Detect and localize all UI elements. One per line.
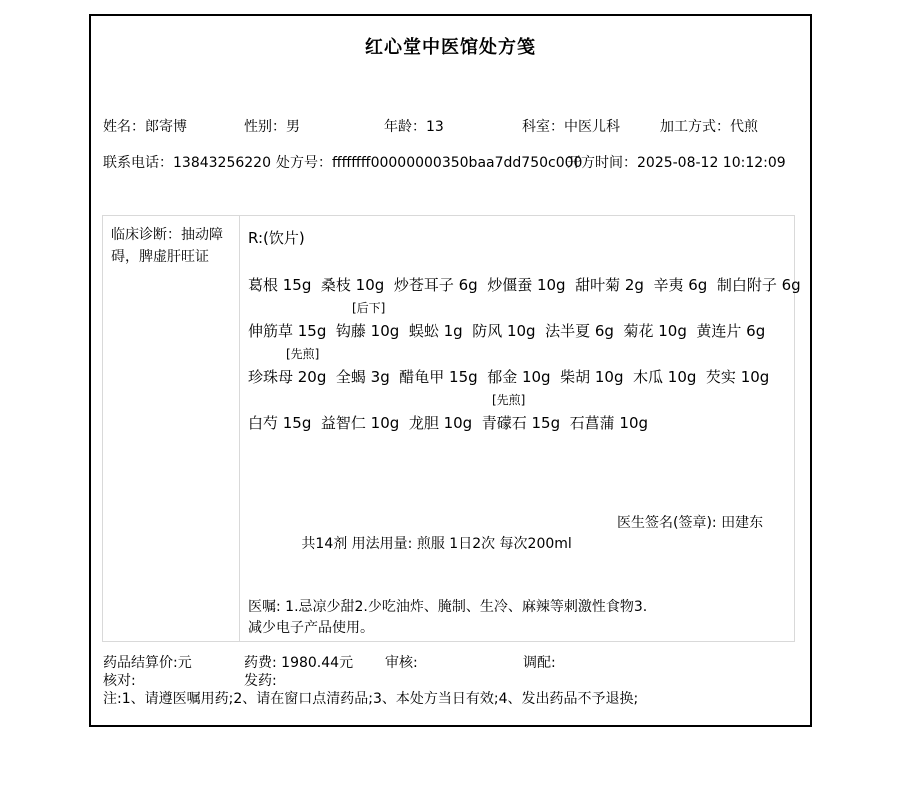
decoction-annotation: [后下] [248, 297, 790, 320]
field-age: 年龄：13 [384, 116, 444, 136]
issue-time-value: 2025-08-12 10:12:09 [637, 155, 786, 171]
field-phone: 联系电话：13843256220 [103, 152, 271, 172]
page-title: 红心堂中医馆处方笺 [91, 33, 810, 59]
processing-method-value: 代煎 [730, 119, 758, 135]
dispense-label: 调配: [523, 655, 556, 671]
herb-lines: 葛根 15g 桑枝 10g 炒苍耳子 6g 炒僵蚕 10g 甜叶菊 2g 辛夷 … [248, 274, 790, 435]
settlement-price-unit: 元 [178, 655, 192, 671]
usage-row: 共14剂 用法用量: 煎服 1日2次 每次200ml 医生签名(签章): 田建东 [248, 513, 788, 597]
decoction-annotation: [先煎] [248, 389, 790, 412]
age-value: 13 [426, 119, 444, 135]
issue-medicine-label: 发药: [244, 673, 277, 689]
settlement-price-label: 药品结算价: [103, 655, 178, 671]
prescription-number-label: 处方号： [276, 155, 332, 171]
processing-method-label: 加工方式： [660, 119, 730, 135]
gender-value: 男 [286, 119, 300, 135]
prescription-number-value: ffffffff00000000350baa7dd750c000 [332, 155, 582, 171]
page: 红心堂中医馆处方笺 姓名：郎寄博 性别：男 年龄：13 科室：中医儿科 加工方式… [0, 0, 900, 800]
department-value: 中医儿科 [564, 119, 620, 135]
gender-label: 性别： [244, 119, 286, 135]
field-department: 科室：中医儿科 [522, 116, 620, 136]
diagnosis-label: 临床诊断： [111, 227, 181, 243]
herb-line: 伸筋草 15g 钩藤 10g 蜈蚣 1g 防风 10g 法半夏 6g 菊花 10… [248, 320, 790, 343]
field-dispense: 调配: [523, 652, 556, 672]
usage-and-remarks: 共14剂 用法用量: 煎服 1日2次 每次200ml 医生签名(签章): 田建东… [248, 513, 788, 639]
review-label: 审核: [385, 655, 418, 671]
field-gender: 性别：男 [244, 116, 300, 136]
field-check: 核对: [103, 670, 136, 690]
herb-line: 白芍 15g 益智仁 10g 龙胆 10g 青礞石 15g 石菖蒲 10g [248, 412, 790, 435]
medicine-fee-value: 1980.44元 [281, 655, 353, 671]
patient-name-label: 姓名： [103, 119, 145, 135]
decoction-annotation: [先煎] [248, 343, 790, 366]
issue-time-label: 开方时间： [567, 155, 637, 171]
herb-line: 葛根 15g 桑枝 10g 炒苍耳子 6g 炒僵蚕 10g 甜叶菊 2g 辛夷 … [248, 274, 790, 297]
doctor-signature: 医生签名(签章): 田建东 [617, 513, 763, 534]
doctor-signature-label: 医生签名(签章): [617, 515, 721, 531]
medical-advice-line-1: 医嘱: 1.忌凉少甜2.少吃油炸、腌制、生冷、麻辣等刺激性食物3. [248, 597, 788, 618]
patient-name-value: 郎寄博 [145, 119, 187, 135]
prescription-sheet: 红心堂中医馆处方笺 姓名：郎寄博 性别：男 年龄：13 科室：中医儿科 加工方式… [89, 14, 812, 727]
field-issue-medicine: 发药: [244, 670, 277, 690]
herb-line: 珍珠母 20g 全蝎 3g 醋龟甲 15g 郁金 10g 柴胡 10g 木瓜 1… [248, 366, 790, 389]
phone-value: 13843256220 [173, 155, 271, 171]
medicine-fee-label: 药费: [244, 655, 281, 671]
phone-label: 联系电话： [103, 155, 173, 171]
clinical-diagnosis-cell: 临床诊断：抽动障碍，脾虚肝旺证 [103, 216, 240, 641]
field-medicine-fee: 药费: 1980.44元 [244, 652, 353, 672]
check-label: 核对: [103, 673, 136, 689]
department-label: 科室： [522, 119, 564, 135]
medical-advice-line-2: 减少电子产品使用。 [248, 618, 788, 639]
field-patient-name: 姓名：郎寄博 [103, 116, 187, 136]
footer-note: 注:1、请遵医嘱用药;2、请在窗口点清药品;3、本处方当日有效;4、发出药品不予… [103, 688, 638, 708]
prescription-table: 临床诊断：抽动障碍，脾虚肝旺证 R:(饮片) 葛根 15g 桑枝 10g 炒苍耳… [102, 215, 795, 642]
field-prescription-number: 处方号：ffffffff00000000350baa7dd750c000 [276, 152, 582, 172]
field-settlement-price: 药品结算价:元 [103, 652, 192, 672]
rx-herb-type-label: R:(饮片) [248, 227, 305, 248]
age-label: 年龄： [384, 119, 426, 135]
usage-text: 共14剂 用法用量: 煎服 1日2次 每次200ml [301, 536, 571, 552]
prescription-cell: R:(饮片) 葛根 15g 桑枝 10g 炒苍耳子 6g 炒僵蚕 10g 甜叶菊… [240, 216, 794, 641]
field-review: 审核: [385, 652, 418, 672]
field-processing-method: 加工方式：代煎 [660, 116, 758, 136]
field-issue-time: 开方时间：2025-08-12 10:12:09 [567, 152, 786, 172]
doctor-name: 田建东 [721, 515, 763, 531]
